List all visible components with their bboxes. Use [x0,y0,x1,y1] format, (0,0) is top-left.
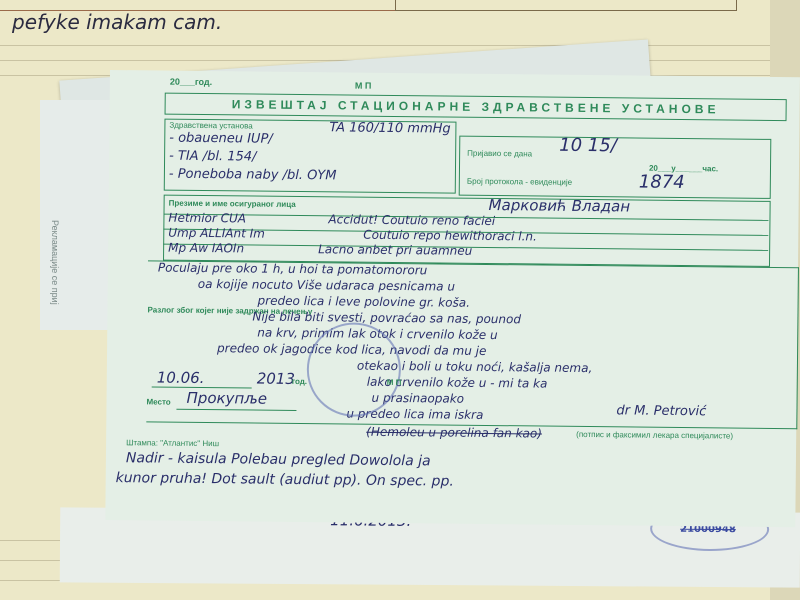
mp-label: М П [387,378,402,387]
diag-right-2: Coutuio repo hewithoraci l.n. [363,228,537,244]
insured-label: Презиме и име осигураног лица [169,199,296,209]
blood-pressure-note: TA 160/110 mmHg [329,120,450,136]
overlay-note-line-2: kunor pruha! Dot sault (audiut pp). On s… [116,470,454,490]
history-line-3: predeo lica i leve polovine gr. koša. [258,294,470,310]
doctor-signature: dr M. Petrović [616,403,706,419]
diag-left-1: Hetmior CUA [168,211,246,226]
history-line-4: Nije bila biti svesti, povraćao sa nas, … [252,310,521,327]
hospital-report-form: 20___год. М П ИЗВЕШТАЈ СТАЦИОНАРНЕ ЗДРАВ… [105,70,800,527]
date-value: 10.06. [157,369,205,387]
institution-line-2: - TIA /bl. 154/ [169,149,256,165]
year-value: 2013 [257,370,295,388]
diag-left-2: Ump ALLIAnt Im [168,226,265,241]
institution-line-1: - obaueneu IUP/ [169,131,273,147]
diag-right-1: Accidut! Coutuio reno faciei [328,212,495,228]
notebook-date-box [395,0,737,11]
round-stamp [306,322,401,417]
history-line-11: (Hemoleu u porelina fan kao) [366,425,542,441]
reported-label: Пријавио се дана [467,149,532,159]
diag-left-3: Mp Aw IAOIn [168,241,244,256]
history-line-1: Poculaju pre oko 1 h, u hoi ta pomatomor… [158,261,428,278]
print-label: Штампа: "Атлантис" Ниш [126,438,219,448]
form-title-box: ИЗВЕШТАЈ СТАЦИОНАРНЕ ЗДРАВСТВЕНЕ УСТАНОВ… [165,93,787,122]
protocol-value: 1874 [639,172,685,193]
top-mp-label: М П [355,81,372,91]
top-date-label: 20___год. [170,77,212,87]
history-line-2: oa kojije nocuto Više udaraca pesnicama … [198,277,455,294]
form-title: ИЗВЕШТАЈ СТАЦИОНАРНЕ ЗДРАВСТВЕНЕ УСТАНОВ… [232,97,720,116]
institution-label: Здравствена установа [169,121,252,131]
protocol-label: Број протокола - евиденције [467,177,572,187]
reported-value: 10 15/ [559,135,617,157]
place-value: Прокупље [186,389,267,408]
stub-label: Рекламације се приј [50,220,60,305]
diag-right-3: Lacno anbet pri auamneu [318,242,472,258]
year-suffix-label: год. [292,377,307,386]
insured-value: Марковић Владан [489,196,631,215]
notebook-handwriting: pefyke imakam cam. [12,10,222,34]
place-label: Место [146,397,170,406]
overlay-note-line-1: Nadir - kaisula Polebau pregled Dowolola… [126,450,431,469]
institution-line-3: - Poneboba naby /bl. OYM [169,167,337,184]
doctor-sign-label: (потпис и факсимил лекара специјалисте) [576,430,733,441]
